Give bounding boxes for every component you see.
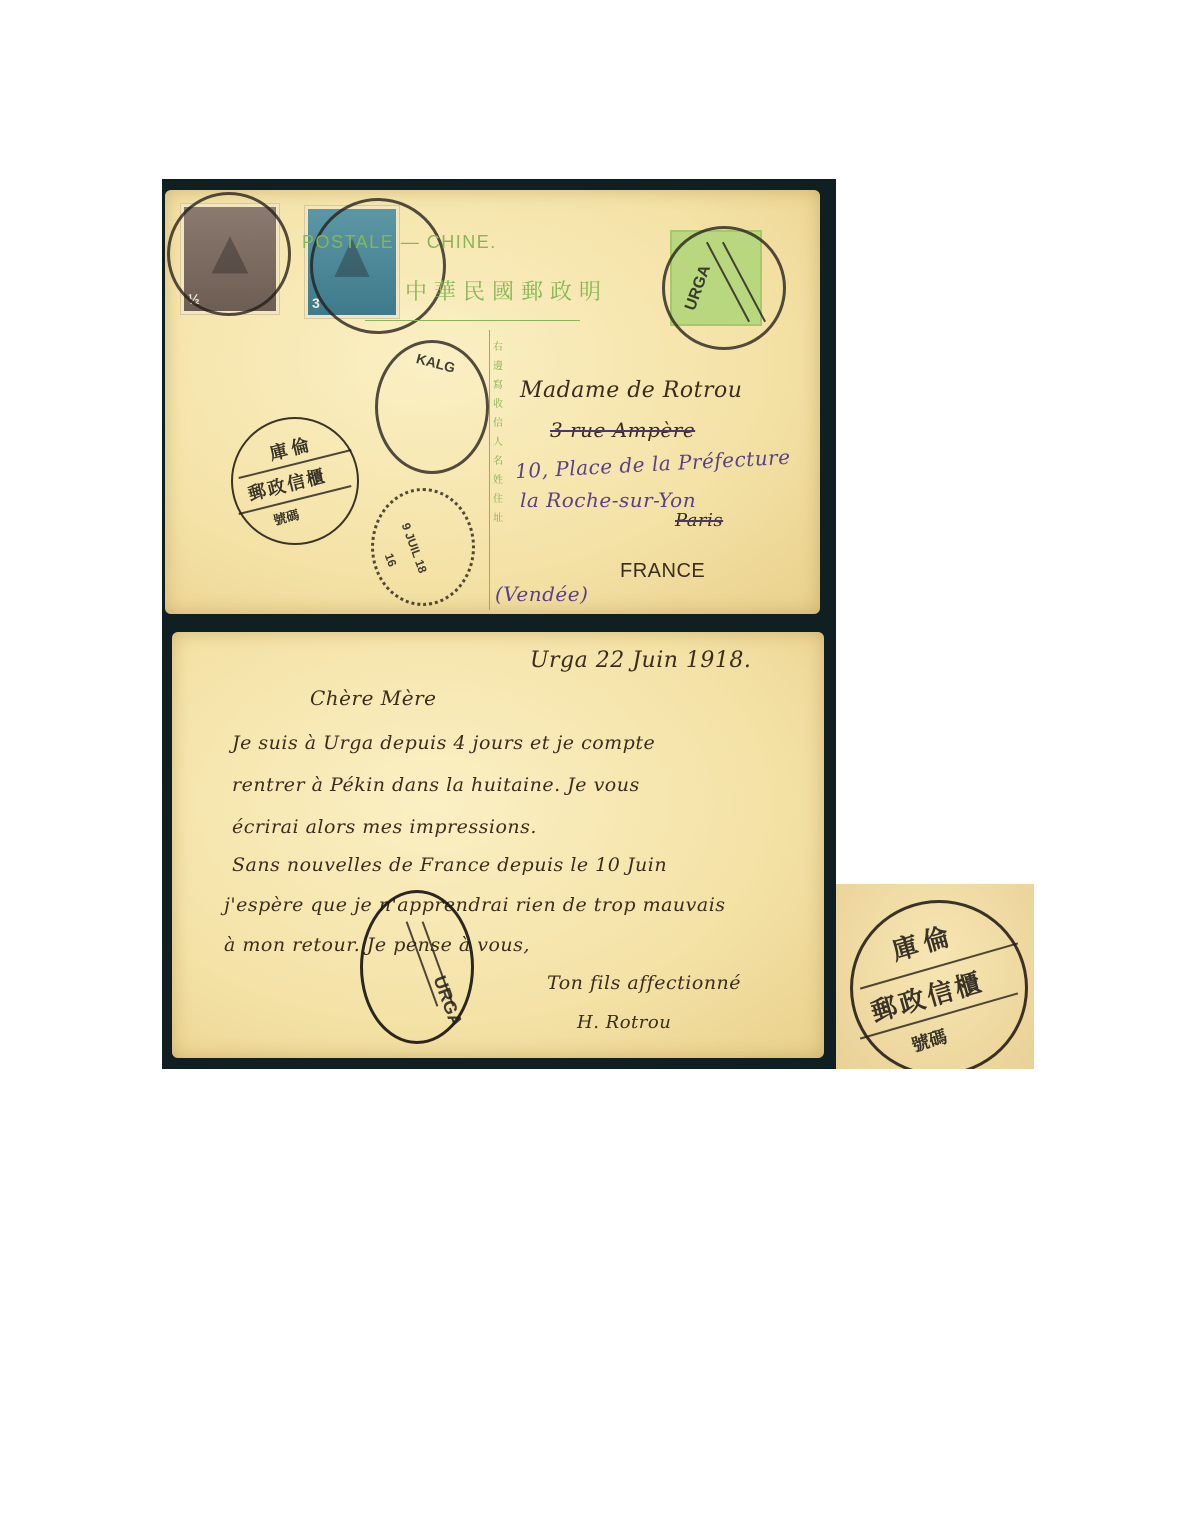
postmark-kalgan: KALG — [375, 340, 489, 474]
letter-dateline: Urga 22 Juin 1918. — [530, 648, 751, 673]
postmark-cancel-left — [167, 192, 291, 316]
address-name: Madame de Rotrou — [520, 378, 742, 403]
address-old-street: 3 rue Ampère — [550, 418, 695, 442]
letter-line: Sans nouvelles de France depuis le 10 Ju… — [232, 854, 667, 876]
letter-salutation: Chère Mère — [310, 686, 436, 710]
divider-line — [365, 320, 580, 321]
scan-backdrop: ½ 3 POSTALE — CHINE. 中華民國郵政明 右邊寫收信人名姓住址 … — [162, 179, 836, 1069]
letter-closing: Ton fils affectionné — [547, 972, 741, 994]
chinese-seal-postmark: 庫倫 郵政信櫃 號碼 — [850, 900, 1028, 1069]
seal-enlargement: 庫倫 郵政信櫃 號碼 — [836, 884, 1034, 1069]
letter-line: rentrer à Pékin dans la huitaine. Je vou… — [232, 774, 640, 796]
printed-chinese-title: 中華民國郵政明 — [405, 275, 608, 306]
postmark-urga-back: URGA — [360, 890, 474, 1044]
vertical-instruction: 右邊寫收信人名姓住址 — [493, 338, 505, 528]
address-department: (Vendée) — [495, 582, 588, 606]
address-new-city: la Roche-sur-Yon — [520, 488, 696, 512]
chinese-seal-postmark: 庫倫 郵政信櫃 號碼 — [231, 417, 359, 545]
address-divider — [489, 330, 490, 610]
address-country: FRANCE — [620, 560, 705, 583]
postcard-back: Urga 22 Juin 1918. Chère Mère Je suis à … — [172, 632, 824, 1058]
letter-line: écrirai alors mes impressions. — [232, 816, 537, 838]
postmark-urga: URGA — [662, 226, 786, 350]
letter-line: Je suis à Urga depuis 4 jours et je comp… — [232, 732, 655, 754]
postmark-transit-date: 9 JUIL 18 16 — [371, 488, 475, 606]
address-new-street: 10, Place de la Préfecture — [515, 445, 792, 483]
address-old-city: Paris — [675, 510, 723, 531]
letter-signature: H. Rotrou — [577, 1012, 671, 1033]
printed-header: POSTALE — CHINE. — [302, 232, 497, 253]
postmark-cancel-center — [310, 198, 446, 334]
postcard-front: ½ 3 POSTALE — CHINE. 中華民國郵政明 右邊寫收信人名姓住址 … — [165, 190, 820, 614]
letter-line: j'espère que je n'apprendrai rien de tro… — [224, 894, 726, 916]
